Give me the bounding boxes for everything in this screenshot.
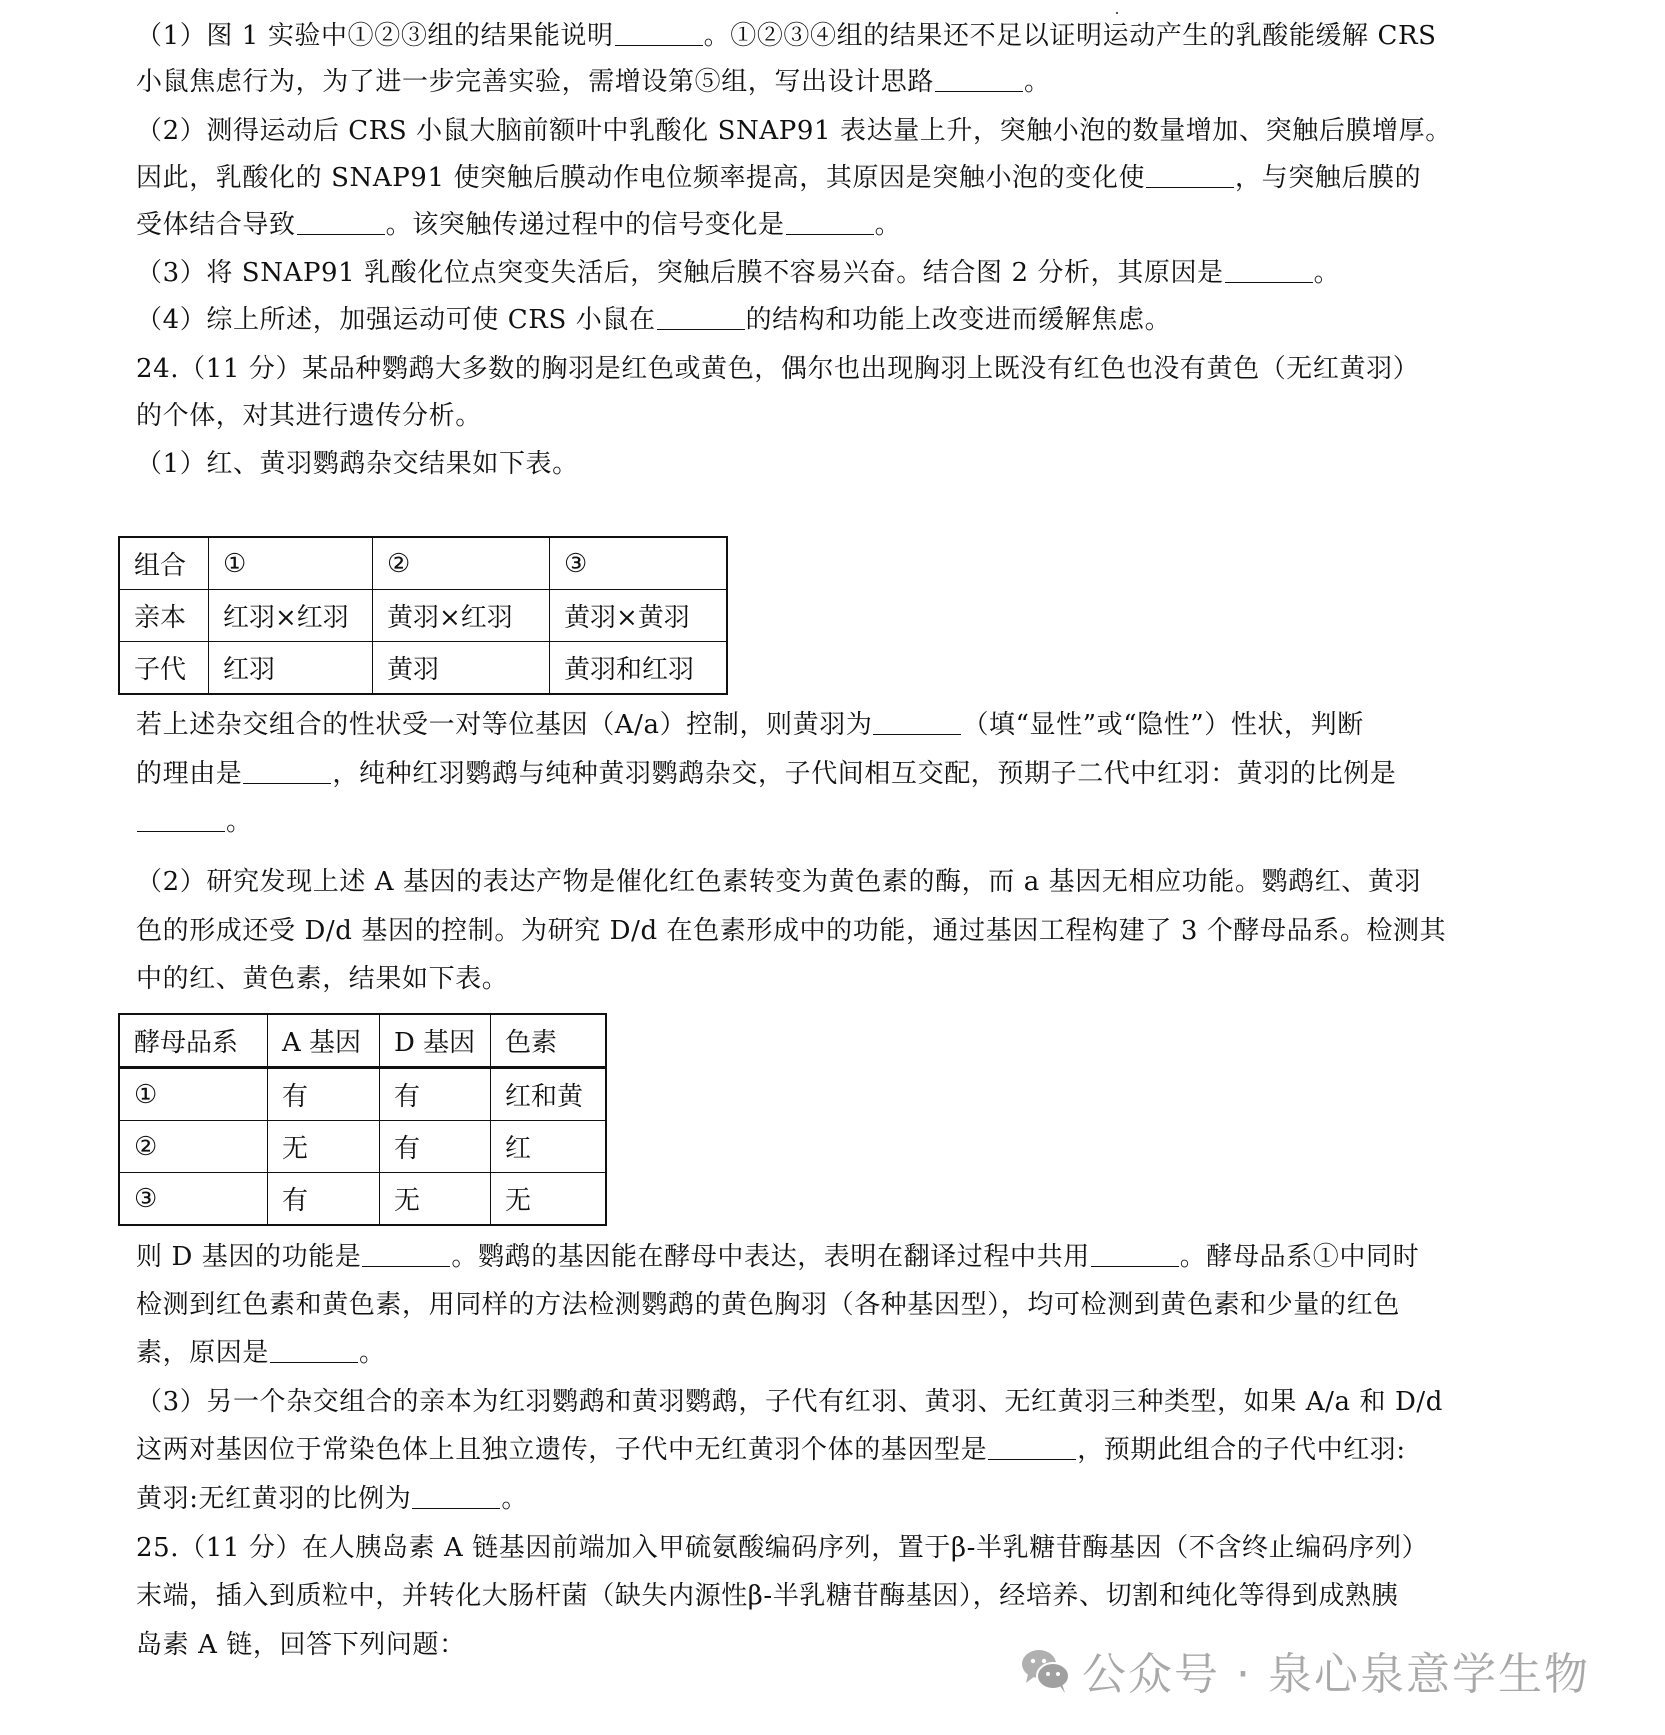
table-cell: ② bbox=[119, 1121, 268, 1173]
table-cell: 有 bbox=[268, 1068, 380, 1121]
table-cell: ① bbox=[209, 537, 373, 590]
text-span: 。酵母品系①中同时 bbox=[1180, 1242, 1419, 1272]
question-24-heading: 24.（11 分）某品种鹦鹉大多数的胸羽是红色或黄色，偶尔也出现胸羽上既没有红色… bbox=[136, 351, 1528, 387]
table-cell: 组合 bbox=[119, 537, 209, 590]
table-cell: 黄羽 bbox=[373, 642, 550, 695]
text-span: 的理由是 bbox=[136, 759, 242, 789]
text-line: 受体结合导致。该突触传递过程中的信号变化是。 bbox=[136, 207, 1528, 243]
text-line: 。 bbox=[136, 804, 1528, 840]
text-line: 的理由是，纯种红羽鹦鹉与纯种黄羽鹦鹉杂交，子代间相互交配，预期子二代中红羽：黄羽… bbox=[136, 756, 1528, 792]
table-row: ③ 有 无 无 bbox=[119, 1173, 606, 1226]
text-line: （1）红、黄羽鹦鹉杂交结果如下表。 bbox=[136, 446, 1528, 482]
table-cell: 红羽×红羽 bbox=[209, 590, 373, 642]
table-cell: 无 bbox=[380, 1173, 491, 1226]
text-span: 。 bbox=[226, 807, 253, 837]
text-span: （填“显性”或“隐性”）性状，判断 bbox=[962, 710, 1363, 740]
text-line: （1）图 1 实验中①②③组的结果能说明。①②③④组的结果还不足以证明运动产生的… bbox=[136, 18, 1528, 54]
text-line: 则 D 基因的功能是。鹦鹉的基因能在酵母中表达，表明在翻译过程中共用。酵母品系①… bbox=[136, 1239, 1528, 1275]
text-line: 末端，插入到质粒中，并转化大肠杆菌（缺失内源性β-半乳糖苷酶基因），经培养、切割… bbox=[136, 1578, 1528, 1614]
table-cell: 红 bbox=[491, 1121, 607, 1173]
text-span: 。 bbox=[359, 1338, 386, 1368]
table-row: 子代 红羽 黄羽 黄羽和红羽 bbox=[119, 642, 727, 695]
answer-blank[interactable] bbox=[1091, 1240, 1179, 1267]
text-line: （4）综上所述，加强运动可使 CRS 小鼠在的结构和功能上改变进而缓解焦虑。 bbox=[136, 302, 1528, 338]
table-cell: 亲本 bbox=[119, 590, 209, 642]
text-span: 。 bbox=[501, 1484, 528, 1514]
answer-blank[interactable] bbox=[988, 1433, 1076, 1460]
table-cell: 无 bbox=[268, 1121, 380, 1173]
text-line: （3）另一个杂交组合的亲本为红羽鹦鹉和黄羽鹦鹉，子代有红羽、黄羽、无红黄羽三种类… bbox=[136, 1384, 1528, 1420]
cross-results-table: 组合 ① ② ③ 亲本 红羽×红羽 黄羽×红羽 黄羽×黄羽 子代 红羽 黄羽 黄… bbox=[118, 536, 728, 695]
table-header-cell: 色素 bbox=[491, 1014, 607, 1068]
answer-blank[interactable] bbox=[786, 208, 874, 235]
table-cell: 有 bbox=[380, 1121, 491, 1173]
text-span: （4）综上所述，加强运动可使 CRS 小鼠在 bbox=[136, 305, 656, 335]
text-line: （3）将 SNAP91 乳酸化位点突变失活后，突触后膜不容易兴奋。结合图 2 分… bbox=[136, 255, 1528, 291]
watermark: 公众号 · 泉心泉意学生物 bbox=[1020, 1640, 1590, 1700]
answer-blank[interactable] bbox=[873, 708, 961, 735]
table-header-row: 酵母品系 A 基因 D 基因 色素 bbox=[119, 1014, 606, 1068]
answer-blank[interactable] bbox=[657, 303, 745, 330]
text-span: 这两对基因位于常染色体上且独立遗传，子代中无红黄羽个体的基因型是 bbox=[136, 1435, 987, 1465]
text-span: ，预期此组合的子代中红羽: bbox=[1077, 1435, 1406, 1465]
exam-page: （1）图 1 实验中①②③组的结果能说明。①②③④组的结果还不足以证明运动产生的… bbox=[0, 0, 1665, 1735]
text-span: （2）测得运动后 CRS 小鼠大脑前额叶中乳酸化 SNAP91 表达量上升，突触… bbox=[136, 116, 1452, 146]
text-line: 素，原因是。 bbox=[136, 1335, 1528, 1371]
text-span: （3）将 SNAP91 乳酸化位点突变失活后，突触后膜不容易兴奋。结合图 2 分… bbox=[136, 258, 1224, 288]
table-row: 组合 ① ② ③ bbox=[119, 537, 727, 590]
table-cell: 黄羽×红羽 bbox=[373, 590, 550, 642]
table-cell: 有 bbox=[268, 1173, 380, 1226]
text-span: （1）红、黄羽鹦鹉杂交结果如下表。 bbox=[136, 449, 579, 479]
answer-blank[interactable] bbox=[1225, 256, 1313, 283]
text-line: 小鼠焦虑行为，为了进一步完善实验，需增设第⑤组，写出设计思路。 bbox=[136, 64, 1528, 100]
answer-blank[interactable] bbox=[362, 1240, 450, 1267]
table-cell: 黄羽和红羽 bbox=[550, 642, 728, 695]
text-span: 素，原因是 bbox=[136, 1338, 269, 1368]
text-span: 色的形成还受 D/d 基因的控制。为研究 D/d 在色素形成中的功能，通过基因工… bbox=[136, 916, 1446, 946]
text-span: 的结构和功能上改变进而缓解焦虑。 bbox=[746, 305, 1172, 335]
text-span: ，纯种红羽鹦鹉与纯种黄羽鹦鹉杂交，子代间相互交配，预期子二代中红羽：黄羽的比例是 bbox=[332, 759, 1396, 789]
table-cell: ① bbox=[119, 1068, 268, 1121]
text-span: 受体结合导致 bbox=[136, 210, 296, 240]
answer-blank[interactable] bbox=[270, 1336, 358, 1363]
text-span: 末端，插入到质粒中，并转化大肠杆菌（缺失内源性β-半乳糖苷酶基因），经培养、切割… bbox=[136, 1581, 1398, 1611]
text-span: 。 bbox=[1314, 258, 1341, 288]
answer-blank[interactable] bbox=[615, 19, 703, 46]
table-cell: 黄羽×黄羽 bbox=[550, 590, 728, 642]
table-cell: 子代 bbox=[119, 642, 209, 695]
table-header-cell: A 基因 bbox=[268, 1014, 380, 1068]
table-row: ② 无 有 红 bbox=[119, 1121, 606, 1173]
text-line: 黄羽:无红黄羽的比例为。 bbox=[136, 1481, 1528, 1517]
text-span: 黄羽:无红黄羽的比例为 bbox=[136, 1484, 411, 1514]
text-span: 则 D 基因的功能是 bbox=[136, 1242, 361, 1272]
table-row: 亲本 红羽×红羽 黄羽×红羽 黄羽×黄羽 bbox=[119, 590, 727, 642]
text-span: 中的红、黄色素，结果如下表。 bbox=[136, 964, 508, 994]
question-25-heading: 25.（11 分）在人胰岛素 A 链基因前端加入甲硫氨酸编码序列，置于β-半乳糖… bbox=[136, 1530, 1528, 1566]
text-span: （1）图 1 实验中①②③组的结果能说明 bbox=[136, 21, 614, 51]
answer-blank[interactable] bbox=[137, 805, 225, 832]
answer-blank[interactable] bbox=[935, 65, 1023, 92]
text-span: 。①②③④组的结果还不足以证明运动产生的乳酸能缓解 CRS bbox=[704, 21, 1437, 51]
text-line: 这两对基因位于常染色体上且独立遗传，子代中无红黄羽个体的基因型是，预期此组合的子… bbox=[136, 1432, 1528, 1468]
text-line: 检测到红色素和黄色素，用同样的方法检测鹦鹉的黄色胸羽（各种基因型），均可检测到黄… bbox=[136, 1287, 1528, 1323]
text-span: 因此，乳酸化的 SNAP91 使突触后膜动作电位频率提高，其原因是突触小泡的变化… bbox=[136, 163, 1145, 193]
text-line: 色的形成还受 D/d 基因的控制。为研究 D/d 在色素形成中的功能，通过基因工… bbox=[136, 913, 1528, 949]
text-line: 中的红、黄色素，结果如下表。 bbox=[136, 961, 1528, 997]
text-span: ，与突触后膜的 bbox=[1235, 163, 1421, 193]
text-span: 检测到红色素和黄色素，用同样的方法检测鹦鹉的黄色胸羽（各种基因型），均可检测到黄… bbox=[136, 1290, 1400, 1320]
answer-blank[interactable] bbox=[412, 1482, 500, 1509]
text-span: 岛素 A 链，回答下列问题： bbox=[136, 1630, 466, 1660]
text-span: 25.（11 分）在人胰岛素 A 链基因前端加入甲硫氨酸编码序列，置于β-半乳糖… bbox=[136, 1533, 1428, 1563]
yeast-strain-table: 酵母品系 A 基因 D 基因 色素 ① 有 有 红和黄 ② 无 有 红 ③ 有 … bbox=[118, 1013, 607, 1226]
text-span: 若上述杂交组合的性状受一对等位基因（A/a）控制，则黄羽为 bbox=[136, 710, 872, 740]
text-line: 因此，乳酸化的 SNAP91 使突触后膜动作电位频率提高，其原因是突触小泡的变化… bbox=[136, 160, 1528, 196]
text-span: 。 bbox=[875, 210, 902, 240]
text-span: 24.（11 分）某品种鹦鹉大多数的胸羽是红色或黄色，偶尔也出现胸羽上既没有红色… bbox=[136, 354, 1419, 384]
text-line: 若上述杂交组合的性状受一对等位基因（A/a）控制，则黄羽为（填“显性”或“隐性”… bbox=[136, 707, 1528, 743]
table-cell: 红羽 bbox=[209, 642, 373, 695]
table-cell: ③ bbox=[119, 1173, 268, 1226]
table-cell: 有 bbox=[380, 1068, 491, 1121]
answer-blank[interactable] bbox=[297, 208, 385, 235]
table-cell: ② bbox=[373, 537, 550, 590]
text-span: 。该突触传递过程中的信号变化是 bbox=[386, 210, 785, 240]
text-span: （2）研究发现上述 A 基因的表达产物是催化红色素转变为黄色素的酶，而 a 基因… bbox=[136, 867, 1421, 897]
text-span: （3）另一个杂交组合的亲本为红羽鹦鹉和黄羽鹦鹉，子代有红羽、黄羽、无红黄羽三种类… bbox=[136, 1387, 1443, 1417]
table-cell: 红和黄 bbox=[491, 1068, 607, 1121]
text-line: （2）研究发现上述 A 基因的表达产物是催化红色素转变为黄色素的酶，而 a 基因… bbox=[136, 864, 1528, 900]
text-span: 。 bbox=[1024, 67, 1051, 97]
table-cell: ③ bbox=[550, 537, 728, 590]
text-span: 。鹦鹉的基因能在酵母中表达，表明在翻译过程中共用 bbox=[451, 1242, 1089, 1272]
table-row: ① 有 有 红和黄 bbox=[119, 1068, 606, 1121]
answer-blank[interactable] bbox=[1146, 161, 1234, 188]
speck bbox=[1116, 12, 1118, 14]
table-cell: 无 bbox=[491, 1173, 607, 1226]
watermark-text: 公众号 · 泉心泉意学生物 bbox=[1082, 1638, 1590, 1702]
text-line: （2）测得运动后 CRS 小鼠大脑前额叶中乳酸化 SNAP91 表达量上升，突触… bbox=[136, 113, 1528, 149]
answer-blank[interactable] bbox=[243, 757, 331, 784]
table-header-cell: 酵母品系 bbox=[119, 1014, 268, 1068]
wechat-icon bbox=[1020, 1646, 1072, 1694]
text-span: 小鼠焦虑行为，为了进一步完善实验，需增设第⑤组，写出设计思路 bbox=[136, 67, 934, 97]
table-header-cell: D 基因 bbox=[380, 1014, 491, 1068]
text-line: 的个体，对其进行遗传分析。 bbox=[136, 398, 1528, 434]
text-span: 的个体，对其进行遗传分析。 bbox=[136, 401, 482, 431]
